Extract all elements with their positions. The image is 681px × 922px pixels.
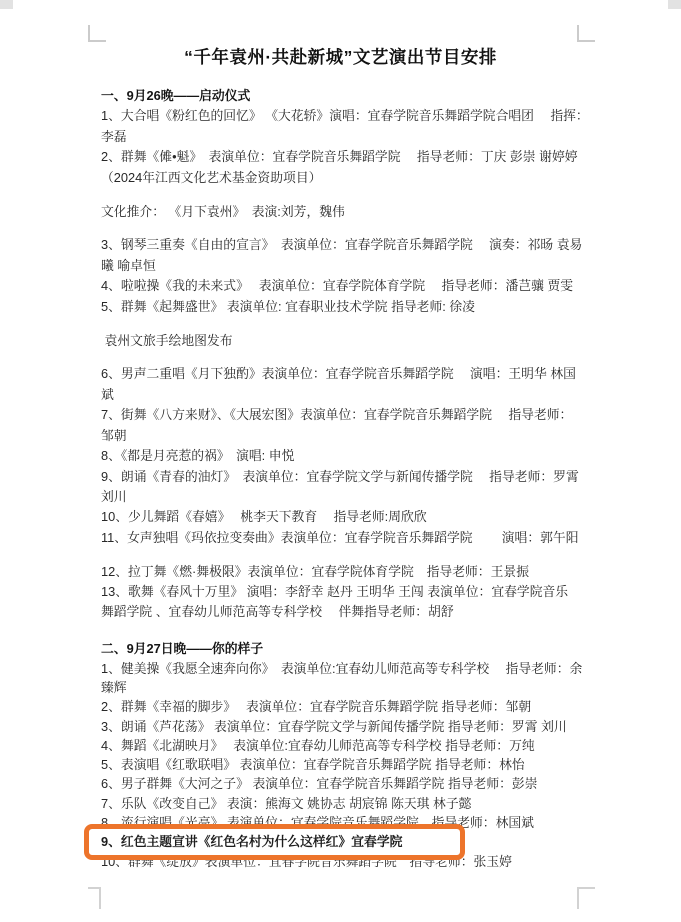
program-line: 斌 — [101, 385, 580, 405]
screen-corner-artifact-right — [668, 0, 681, 9]
text-boundary-corner-top-right — [577, 25, 595, 42]
program-line: 5、群舞《起舞盛世》 表演单位: 宜春职业技术学院 指导老师: 徐凌 — [101, 297, 580, 317]
blank-line — [101, 317, 580, 331]
page-title: “千年袁州·共赴新城”文艺演出节目安排 — [101, 44, 580, 69]
program-line: 1、健美操《我愿全速奔向你》 表演单位:宜春幼儿师范高等专科学校 指导老师：余 — [101, 659, 580, 678]
section-heading: 一、9月26晚——启动仪式 — [101, 86, 580, 106]
program-line: 2、群舞《幸福的脚步》 表演单位：宜春学院音乐舞蹈学院 指导老师：邹朝 — [101, 697, 580, 716]
program-line: 3、钢琴三重奏《自由的宣言》 表演单位：宜春学院音乐舞蹈学院 演奏：祁旸 袁易 — [101, 235, 580, 255]
program-line: 7、乐队《改变自己》 表演：熊海文 姚协志 胡宸锦 陈天琪 林子懿 — [101, 794, 580, 813]
program-line: 10、少儿舞蹈《春嬉》 桃李天下教育 指导老师:周欣欣 — [101, 507, 580, 527]
blank-line — [101, 548, 580, 562]
program-line: 6、男子群舞《大河之子》 表演单位：宜春学院音乐舞蹈学院 指导老师：彭崇 — [101, 774, 580, 793]
blank-line — [101, 623, 580, 637]
blank-line — [101, 222, 580, 236]
program-line: 3、朗诵《芦花荡》 表演单位：宜春学院文学与新闻传播学院 指导老师：罗霄 刘川 — [101, 717, 580, 736]
program-line: 2、群舞《傩•魁》 表演单位：宜春学院音乐舞蹈学院 指导老师：丁庆 彭崇 谢婷婷 — [101, 147, 580, 167]
highlighted-program-line: 9、红色主题宣讲《红色名村为什么这样红》宜春学院 — [101, 832, 580, 851]
program-line: 刘川 — [101, 487, 580, 507]
program-line: 11、女声独唱《玛依拉变奏曲》表演单位：宜春学院音乐舞蹈学院 演唱：郭午阳 — [101, 528, 580, 548]
blank-line — [101, 351, 580, 365]
program-line: 袁州文旅手绘地图发布 — [101, 331, 580, 351]
screen-corner-artifact-left — [0, 0, 13, 9]
program-line: 7、街舞《八方来财》、《大展宏图》表演单位：宜春学院音乐舞蹈学院 指导老师： — [101, 405, 580, 425]
text-boundary-corner-bottom-left — [88, 887, 101, 909]
text-boundary-corner-bottom-right — [577, 887, 595, 909]
program-line: 9、朗诵《青春的油灯》 表演单位：宜春学院文学与新闻传播学院 指导老师：罗霄 — [101, 467, 580, 487]
program-line: 12、拉丁舞《燃·舞极限》表演单位：宜春学院体育学院 指导老师：王景振 — [101, 562, 580, 582]
program-line: 文化推介： 《月下袁州》 表演:刘芳，魏伟 — [101, 202, 580, 222]
program-line: 李磊 — [101, 127, 580, 147]
program-line: 5、表演唱《红歌联唱》 表演单位：宜春学院音乐舞蹈学院 指导老师：林怡 — [101, 755, 580, 774]
program-line: 1、大合唱《粉红色的回忆》 《大花轿》演唱：宜春学院音乐舞蹈学院合唱团 指挥： — [101, 106, 580, 126]
section-sept-27: 二、9月27日晚——你的样子1、健美操《我愿全速奔向你》 表演单位:宜春幼儿师范… — [101, 639, 580, 871]
document-page: “千年袁州·共赴新城”文艺演出节目安排 一、9月26晚——启动仪式1、大合唱《粉… — [0, 0, 681, 922]
program-line: 臻辉 — [101, 678, 580, 697]
section-heading: 二、9月27日晚——你的样子 — [101, 639, 580, 658]
program-line: 邹朝 — [101, 426, 580, 446]
program-line: 6、男声二重唱《月下独酌》表演单位：宜春学院音乐舞蹈学院 演唱：王明华 林国 — [101, 364, 580, 384]
program-line: （2024年江西文化艺术基金资助项目） — [101, 168, 580, 188]
text-boundary-corner-top-left — [88, 25, 106, 42]
section-sept-26: 一、9月26晚——启动仪式1、大合唱《粉红色的回忆》 《大花轿》演唱：宜春学院音… — [101, 86, 580, 636]
program-line: 8、《都是月亮惹的祸》 演唱: 申悦 — [101, 446, 580, 466]
document-content: “千年袁州·共赴新城”文艺演出节目安排 一、9月26晚——启动仪式1、大合唱《粉… — [101, 44, 580, 871]
program-line: 4、啦啦操《我的未来式》 表演单位：宜春学院体育学院 指导老师：潘芑骧 贾雯 — [101, 276, 580, 296]
program-line: 4、舞蹈《北湖映月》 表演单位:宜春幼儿师范高等专科学校 指导老师：万纯 — [101, 736, 580, 755]
program-line: 13、歌舞《春风十万里》 演唱：李舒幸 赵丹 王明华 王闯 表演单位：宜春学院音… — [101, 582, 580, 602]
highlighted-line-text: 9、红色主题宣讲《红色名村为什么这样红》宜春学院 — [101, 834, 402, 849]
blank-line — [101, 188, 580, 202]
program-line: 舞蹈学院 、宜春幼儿师范高等专科学校 伴舞指导老师：胡舒 — [101, 602, 580, 622]
program-line: 曦 喻卓恒 — [101, 256, 580, 276]
